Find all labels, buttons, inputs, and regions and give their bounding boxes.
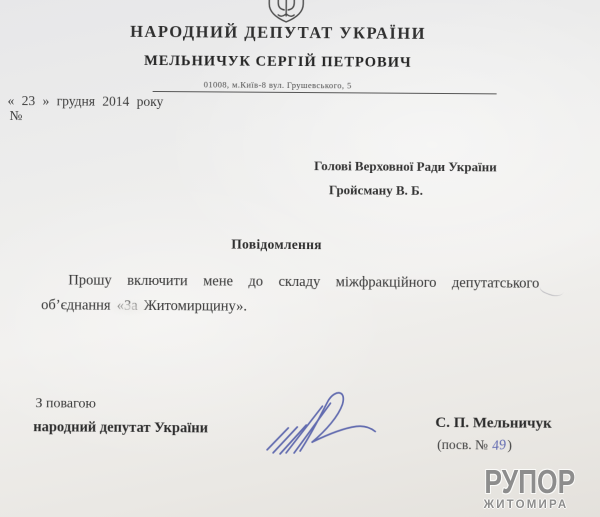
credential-prefix: (посв. № <box>437 437 488 452</box>
watermark-title: РУПОР <box>484 468 567 496</box>
paper-crease <box>539 278 567 300</box>
addressee-line2: Гройсману В. Б. <box>329 178 529 203</box>
paper-fold-smudge <box>106 299 152 316</box>
handwritten-signature-icon <box>258 383 383 462</box>
number-label: № <box>9 108 22 124</box>
addressee-line1: Голові Верховної Ради України <box>314 154 529 180</box>
credential-number-handwritten: 49 <box>491 438 507 456</box>
credential-line: (посв. № 49) <box>437 437 512 455</box>
ukraine-trident-emblem-icon <box>266 0 306 24</box>
header-address: 01008, м.Київ-8 вул. Грушевського, 5 <box>0 78 568 92</box>
header-org-line: НАРОДНИЙ ДЕПУТАТ УКРАЇНИ <box>0 21 568 45</box>
signer-name: С. П. Мельничук <box>435 415 551 433</box>
rupor-zhytomyra-watermark: РУПОР ЖИТОМИРА <box>474 468 578 511</box>
letter-page: НАРОДНИЙ ДЕПУТАТ УКРАЇНИ МЕЛЬНИЧУК СЕРГІ… <box>0 0 600 517</box>
credential-suffix: ) <box>507 437 512 452</box>
document-title: Повідомлення <box>0 235 567 255</box>
salutation: З повагою <box>35 396 96 412</box>
header-rule <box>153 91 497 95</box>
watermark-subtitle: ЖИТОМИРА <box>474 499 578 511</box>
signer-position: народний депутат України <box>33 419 208 437</box>
document-photo: НАРОДНИЙ ДЕПУТАТ УКРАЇНИ МЕЛЬНИЧУК СЕРГІ… <box>0 0 600 517</box>
addressee-block: Голові Верховної Ради України Гройсману … <box>314 154 529 203</box>
date-line: « 23 » грудня 2014 року <box>8 93 164 110</box>
header-deputy-name: МЕЛЬНИЧУК СЕРГІЙ ПЕТРОВИЧ <box>0 52 568 73</box>
